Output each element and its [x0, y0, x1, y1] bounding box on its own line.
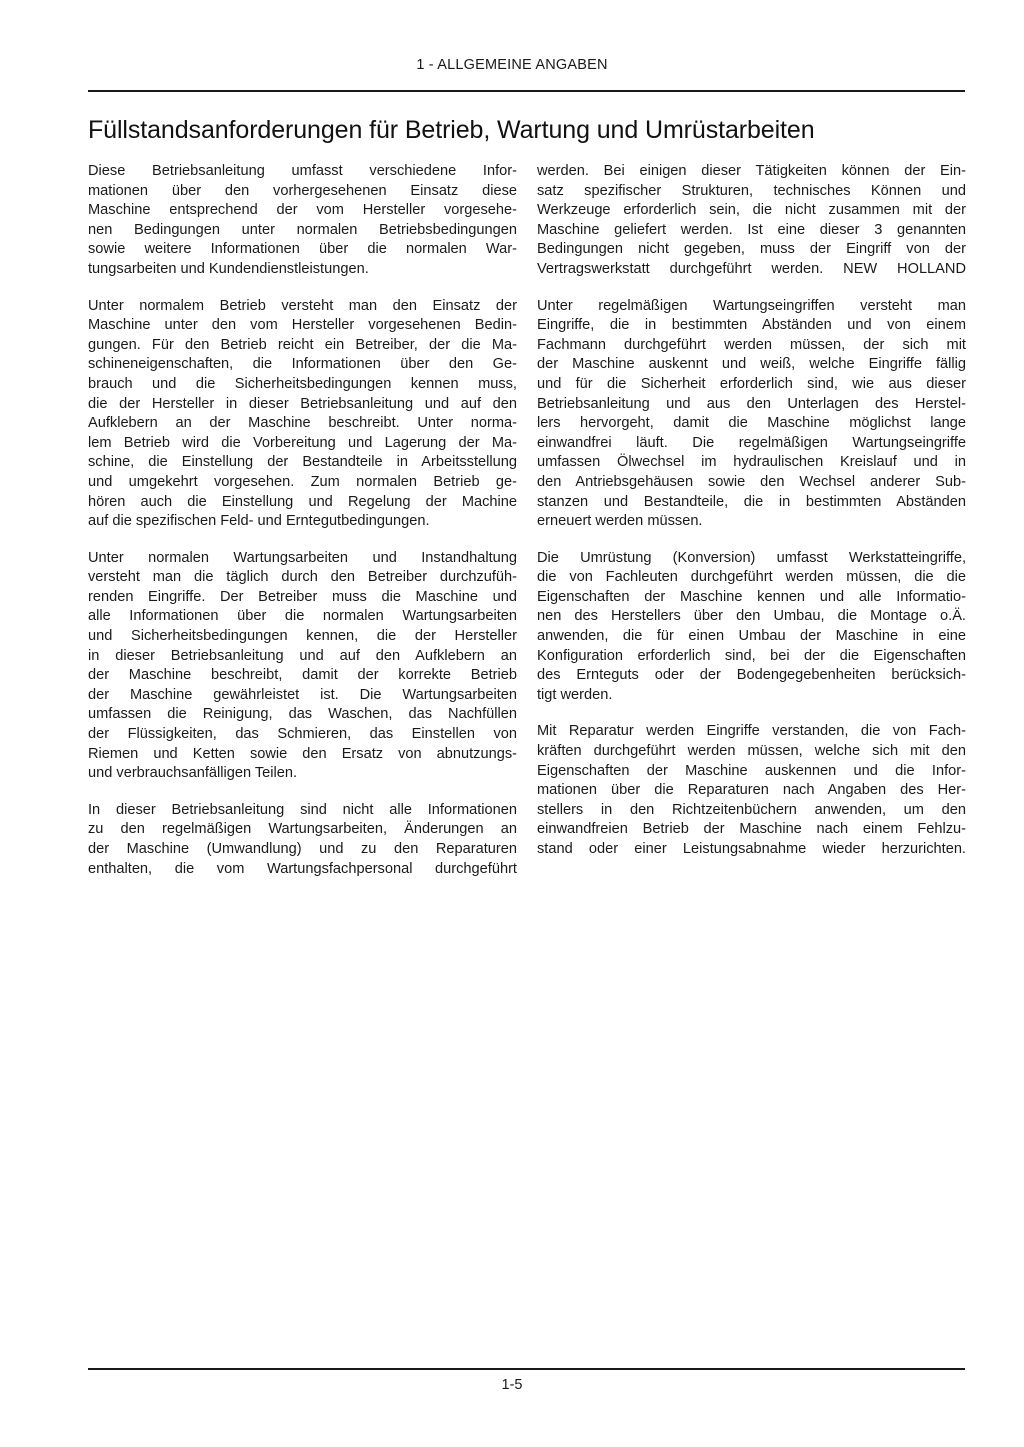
paragraph: werden. Bei einigen dieser Tätigkeiten k… — [537, 162, 966, 280]
text-line: brauch und die Sicherheitsbedingungen ke… — [88, 375, 517, 395]
text-line: satz spezifischer Strukturen, technische… — [537, 182, 966, 202]
text-line: Maschine entsprechend der vom Hersteller… — [88, 201, 517, 221]
text-line: und für die Sicherheit erforderlich sind… — [537, 375, 966, 395]
text-line: Eigenschaften der Maschine kennen und al… — [537, 588, 966, 608]
text-line: werden. Bei einigen dieser Tätigkeiten k… — [537, 162, 966, 182]
text-line: auf die spezifischen Feld- und Erntegutb… — [88, 512, 517, 532]
text-line: In dieser Betriebsanleitung sind nicht a… — [88, 801, 517, 821]
text-line: Unter normalen Wartungsarbeiten und Inst… — [88, 549, 517, 569]
text-line: der Maschine (Umwandlung) und zu den Rep… — [88, 840, 517, 860]
text-line: nen Bedingungen unter normalen Betriebsb… — [88, 221, 517, 241]
text-line: Die Umrüstung (Konversion) umfasst Werks… — [537, 549, 966, 569]
text-line: kräften durchgeführt werden müssen, welc… — [537, 742, 966, 762]
right-column: werden. Bei einigen dieser Tätigkeiten k… — [537, 162, 966, 877]
text-line: gungen. Für den Betrieb reicht ein Betre… — [88, 336, 517, 356]
text-line: anwenden, die für einen Umbau der Maschi… — [537, 627, 966, 647]
text-line: lem Betrieb wird die Vorbereitung und La… — [88, 434, 517, 454]
text-line: Fachmann durchgeführt werden müssen, der… — [537, 336, 966, 356]
text-line: Diese Betriebsanleitung umfasst verschie… — [88, 162, 517, 182]
header-divider — [88, 90, 965, 92]
text-line: in dieser Betriebsanleitung und auf den … — [88, 647, 517, 667]
text-line: Betriebsanleitung und aus den Unterlagen… — [537, 395, 966, 415]
text-line: Bedingungen nicht gegeben, muss der Eing… — [537, 240, 966, 260]
text-line: versteht man die täglich durch den Betre… — [88, 568, 517, 588]
paragraph: Diese Betriebsanleitung umfasst verschie… — [88, 162, 517, 280]
text-line: und umgekehrt vorgesehen. Zum normalen B… — [88, 473, 517, 493]
text-line: mationen über den vorhergesehenen Einsat… — [88, 182, 517, 202]
text-line: stellers in den Richtzeitenbüchern anwen… — [537, 801, 966, 821]
text-line: stand oder einer Leistungsabnahme wieder… — [537, 840, 966, 860]
paragraph: Unter normalem Betrieb versteht man den … — [88, 297, 517, 532]
text-line: den Antriebsgehäusen sowie den Wechsel a… — [537, 473, 966, 493]
text-line: schine, die Einstellung der Bestandteile… — [88, 453, 517, 473]
paragraph: In dieser Betriebsanleitung sind nicht a… — [88, 801, 517, 879]
paragraph: Unter regelmäßigen Wartungseingriffen ve… — [537, 297, 966, 532]
text-line: tigt werden. — [537, 686, 966, 706]
text-line: der Flüssigkeiten, das Schmieren, das Ei… — [88, 725, 517, 745]
text-line: Vertragswerkstatt durchgeführt werden. N… — [537, 260, 966, 280]
text-line: Aufklebern an der Maschine beschreibt. U… — [88, 414, 517, 434]
text-line: enthalten, die vom Wartungsfachpersonal … — [88, 860, 517, 880]
section-header: 1 - ALLGEMEINE ANGABEN — [0, 57, 1024, 73]
text-line: tungsarbeiten und Kundendienstleistungen… — [88, 260, 517, 280]
footer-divider — [88, 1368, 965, 1370]
paragraph: Mit Reparatur werden Eingriffe verstande… — [537, 722, 966, 859]
text-line: Maschine unter den vom Hersteller vorges… — [88, 316, 517, 336]
text-line: umfassen Ölwechsel im hydraulischen Krei… — [537, 453, 966, 473]
text-line: umfassen die Reinigung, das Waschen, das… — [88, 705, 517, 725]
text-line: einwandfreien Betrieb der Maschine nach … — [537, 820, 966, 840]
text-line: die von Fachleuten durchgeführt werden m… — [537, 568, 966, 588]
text-line: lers hervorgeht, damit die Maschine mögl… — [537, 414, 966, 434]
text-line: erneuert werden müssen. — [537, 512, 966, 532]
text-line: einwandfrei läuft. Die regelmäßigen Wart… — [537, 434, 966, 454]
text-line: hören auch die Einstellung und Regelung … — [88, 493, 517, 513]
text-line: Werkzeuge erforderlich sein, die nicht z… — [537, 201, 966, 221]
text-line: stanzen und Bestandteile, die in bestimm… — [537, 493, 966, 513]
paragraph: Die Umrüstung (Konversion) umfasst Werks… — [537, 549, 966, 706]
text-line: Unter regelmäßigen Wartungseingriffen ve… — [537, 297, 966, 317]
text-line: zu den regelmäßigen Wartungsarbeiten, Än… — [88, 820, 517, 840]
text-line: die der Hersteller in dieser Betriebsanl… — [88, 395, 517, 415]
paragraph: Unter normalen Wartungsarbeiten und Inst… — [88, 549, 517, 784]
page-number: 1-5 — [0, 1377, 1024, 1393]
page-title: Füllstandsanforderungen für Betrieb, War… — [88, 116, 815, 145]
text-line: Konfiguration erforderlich sind, bei der… — [537, 647, 966, 667]
text-line: Maschine geliefert werden. Ist eine dies… — [537, 221, 966, 241]
text-line: nen des Herstellers über den Umbau, die … — [537, 607, 966, 627]
text-line: alle Informationen über die normalen War… — [88, 607, 517, 627]
text-line: Eigenschaften der Maschine auskennen und… — [537, 762, 966, 782]
text-line: und Sicherheitsbedingungen kennen, die d… — [88, 627, 517, 647]
text-line: Eingriffe, die in bestimmten Abständen u… — [537, 316, 966, 336]
text-line: Mit Reparatur werden Eingriffe verstande… — [537, 722, 966, 742]
text-line: schineneigenschaften, die Informationen … — [88, 355, 517, 375]
text-line: Unter normalem Betrieb versteht man den … — [88, 297, 517, 317]
text-line: der Maschine gewährleistet ist. Die Wart… — [88, 686, 517, 706]
text-line: der Maschine auskennt und weiß, welche E… — [537, 355, 966, 375]
text-line: mationen über die Reparaturen nach Angab… — [537, 781, 966, 801]
text-line: des Ernteguts oder der Bodengegebenheite… — [537, 666, 966, 686]
text-line: sowie weitere Informationen über die nor… — [88, 240, 517, 260]
left-column: Diese Betriebsanleitung umfasst verschie… — [88, 162, 517, 896]
text-line: und verbrauchsanfälligen Teilen. — [88, 764, 517, 784]
text-line: der Maschine beschreibt, damit der korre… — [88, 666, 517, 686]
text-line: Riemen und Ketten sowie den Ersatz von a… — [88, 745, 517, 765]
text-line: renden Eingriffe. Der Betreiber muss die… — [88, 588, 517, 608]
